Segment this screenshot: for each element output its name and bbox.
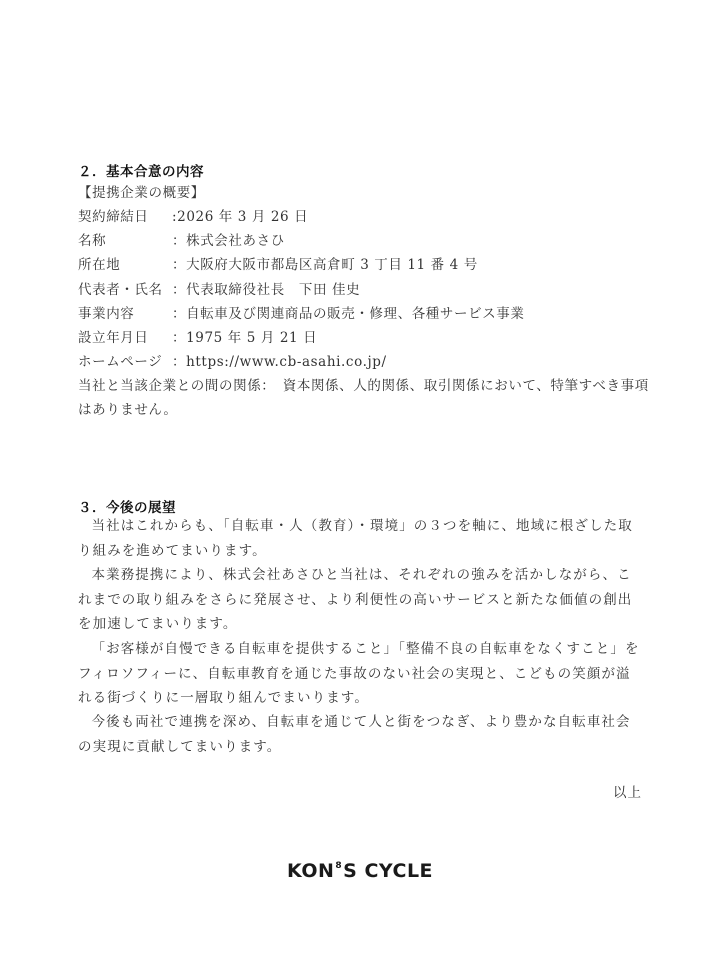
relationship-line-1: 当社と当該企業との間の関係： 資本関係、人的関係、取引関係において、特筆すべき事…	[78, 378, 649, 394]
row-company-name: 名称：株式会社あさひ	[78, 233, 285, 249]
document-page: ２．基本合意の内容 【提携企業の概要】 契約締結日:2026 年 3 月 26 …	[0, 0, 720, 960]
row-business: 事業内容：自転車及び関連商品の販売・修理、各種サービス事業	[78, 306, 525, 322]
row-sep: ：	[172, 282, 186, 298]
row-label: 事業内容	[78, 306, 172, 322]
outlook-paragraph-2: 本業務提携により、株式会社あさひと当社は、それぞれの強みを活かしながら、これまで…	[78, 563, 644, 637]
row-value: 株式会社あさひ	[186, 233, 285, 249]
row-label: 所在地	[78, 257, 172, 273]
row-label: 代表者・氏名	[78, 282, 172, 298]
kons-cycle-logo: KON8S CYCLE	[0, 860, 720, 882]
company-overview-subheading: 【提携企業の概要】	[78, 185, 205, 201]
row-label: 設立年月日	[78, 330, 172, 346]
row-value: 自転車及び関連商品の販売・修理、各種サービス事業	[186, 306, 524, 322]
row-sep: ：	[172, 257, 186, 273]
outlook-paragraph-1: 当社はこれからも、「自転車・人（教育）・環境」の３つを軸に、地域に根ざした取り組…	[78, 514, 644, 563]
row-sep: ：	[172, 233, 186, 249]
logo-text-part2: S CYCLE	[343, 860, 433, 882]
closing-mark: 以上	[613, 781, 642, 801]
homepage-link[interactable]: https://www.cb-asahi.co.jp/	[186, 354, 387, 370]
row-value: 大阪府大阪市都島区高倉町 3 丁目 11 番 4 号	[186, 257, 478, 273]
outlook-paragraph-3: 「お客様が自慢できる自転車を提供すること」「整備不良の自転車をなくすこと」をフィ…	[78, 637, 644, 711]
row-label: 名称	[78, 233, 172, 249]
relationship-line-2: はありません。	[78, 402, 178, 418]
row-homepage: ホームページ：https://www.cb-asahi.co.jp/	[78, 354, 387, 370]
logo-text-part1: KON	[287, 860, 334, 882]
row-established: 設立年月日：1975 年 5 月 21 日	[78, 330, 317, 346]
outlook-paragraph-4: 今後も両社で連携を深め、自転車を通じて人と街をつなぎ、より豊かな自転車社会の実現…	[78, 710, 644, 759]
section2-heading: ２．基本合意の内容	[78, 160, 204, 180]
section3-heading: ３．今後の展望	[78, 496, 176, 516]
logo-superscript: 8	[335, 861, 342, 871]
row-label: 契約締結日	[78, 209, 172, 225]
row-value: 1975 年 5 月 21 日	[186, 330, 317, 346]
row-value: 代表取締役社長 下田 佳史	[186, 282, 360, 298]
row-address: 所在地：大阪府大阪市都島区高倉町 3 丁目 11 番 4 号	[78, 257, 478, 273]
row-sep: ：	[172, 330, 186, 346]
row-label: ホームページ	[78, 354, 172, 370]
row-contract-date: 契約締結日:2026 年 3 月 26 日	[78, 209, 308, 225]
row-representative: 代表者・氏名：代表取締役社長 下田 佳史	[78, 282, 360, 298]
row-sep: ：	[172, 354, 186, 370]
row-value: 2026 年 3 月 26 日	[177, 209, 308, 225]
row-sep: ：	[172, 306, 186, 322]
